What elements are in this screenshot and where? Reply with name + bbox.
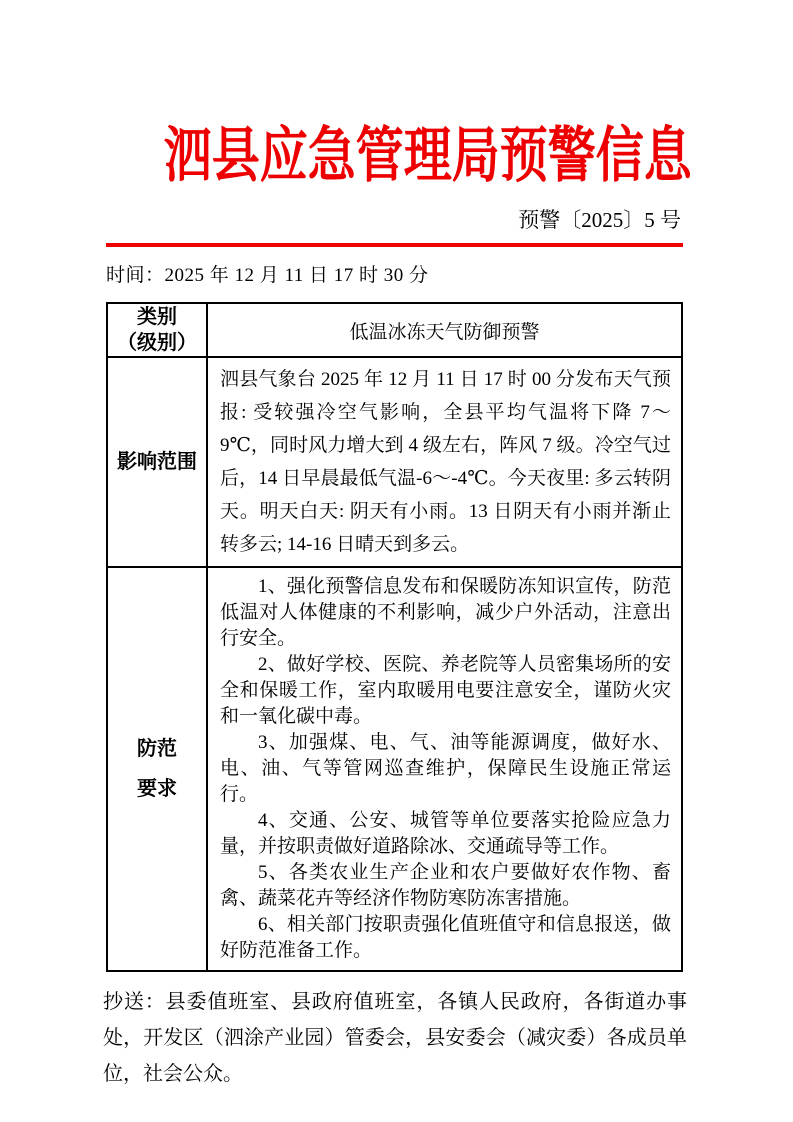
measures-item: 1、强化预警信息发布和保暖防冻知识宣传，防范低温对人体健康的不利影响，减少户外活… — [220, 574, 671, 652]
warning-table: 类别 （级别） 低温冰冻天气防御预警 影响范围 泗县气象台 2025 年 12 … — [106, 302, 683, 972]
doc-number: 预警〔2025〕5 号 — [106, 206, 683, 234]
page-title: 泗县应急管理局预警信息 — [164, 118, 626, 194]
impact-label: 影响范围 — [107, 357, 207, 567]
cc-footer: 抄送：县委值班室、县政府值班室，各镇人民政府，各街道办事处，开发区（泗涂产业园）… — [103, 984, 687, 1092]
measures-item: 2、做好学校、医院、养老院等人员密集场所的安全和保暖工作，室内取暖用电要注意安全… — [220, 652, 671, 730]
category-row: 类别 （级别） 低温冰冻天气防御预警 — [107, 303, 682, 357]
category-label: 类别 （级别） — [107, 303, 207, 357]
measures-label-line2: 要求 — [137, 778, 177, 800]
measures-item: 3、加强煤、电、气、油等能源调度，做好水、电、油、气等管网巡查维护，保障民生设施… — [220, 730, 671, 808]
document-page: 泗县应急管理局预警信息 预警〔2025〕5 号 时间：2025 年 12 月 1… — [0, 0, 793, 1122]
category-label-line2: （级别） — [117, 332, 197, 354]
impact-value: 泗县气象台 2025 年 12 月 11 日 17 时 00 分发布天气预报: … — [207, 357, 682, 567]
measures-item: 4、交通、公安、城管等单位要落实抢险应急力量，并按职责做好道路除冰、交通疏导等工… — [220, 808, 671, 860]
category-label-line1: 类别 — [137, 306, 177, 328]
measures-row: 防范 要求 1、强化预警信息发布和保暖防冻知识宣传，防范低温对人体健康的不利影响… — [107, 567, 682, 971]
measures-item: 5、各类农业生产企业和农户要做好农作物、畜禽、蔬菜花卉等经济作物防寒防冻害措施。 — [220, 860, 671, 912]
measures-item: 6、相关部门按职责强化值班值守和信息报送，做好防范准备工作。 — [220, 912, 671, 964]
timestamp: 时间：2025 年 12 月 11 日 17 时 30 分 — [106, 263, 683, 289]
category-value: 低温冰冻天气防御预警 — [207, 303, 682, 357]
red-divider — [106, 243, 683, 247]
measures-label: 防范 要求 — [107, 567, 207, 971]
measures-value: 1、强化预警信息发布和保暖防冻知识宣传，防范低温对人体健康的不利影响，减少户外活… — [207, 567, 682, 971]
measures-label-line1: 防范 — [137, 738, 177, 760]
document-content: 泗县应急管理局预警信息 预警〔2025〕5 号 时间：2025 年 12 月 1… — [106, 0, 683, 1092]
impact-row: 影响范围 泗县气象台 2025 年 12 月 11 日 17 时 00 分发布天… — [107, 357, 682, 567]
